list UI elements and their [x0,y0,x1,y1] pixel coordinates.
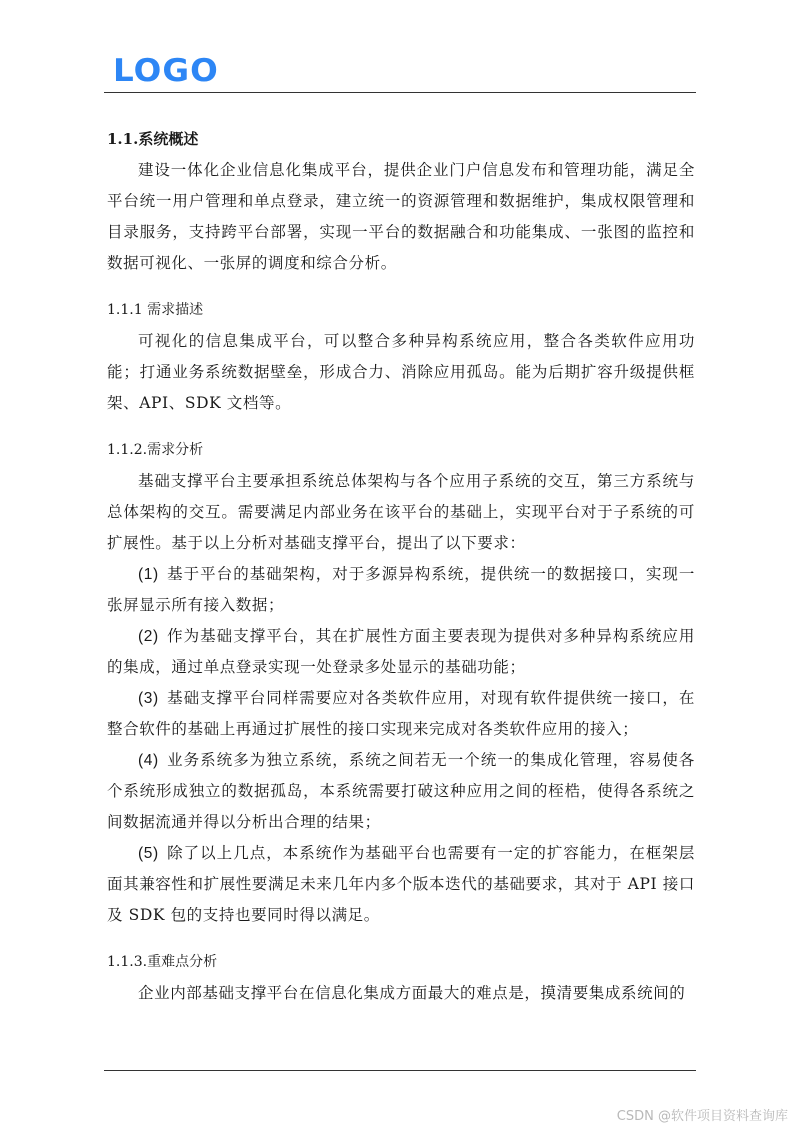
section-heading-requirements-analysis: 1.1.2.需求分析 [107,435,695,466]
paragraph-key-difficulties: 企业内部基础支撑平台在信息化集成方面最大的难点是，摸清要集成系统间的 [107,978,695,1009]
list-item: (3)基础支撑平台同样需要应对各类软件应用，对现有软件提供统一接口，在整合软件的… [107,683,695,745]
list-item-number: (1) [138,566,159,583]
footer-divider [104,1070,696,1071]
section-heading-overview: 1.1.系统概述 [107,124,695,155]
list-item-number: (3) [138,690,159,707]
header-divider [104,92,696,93]
paragraph-requirements-description: 可视化的信息集成平台，可以整合多种异构系统应用，整合各类软件应用功能；打通业务系… [107,326,695,419]
document-body: 1.1.系统概述 建设一体化企业信息化集成平台，提供企业门户信息发布和管理功能，… [107,124,695,1009]
list-item-number: (2) [138,628,159,645]
paragraph-requirements-analysis: 基础支撑平台主要承担系统总体架构与各个应用子系统的交互，第三方系统与总体架构的交… [107,466,695,559]
paragraph-overview: 建设一体化企业信息化集成平台，提供企业门户信息发布和管理功能，满足全平台统一用户… [107,155,695,279]
list-item-text: 除了以上几点，本系统作为基础平台也需要有一定的扩容能力，在框架层面其兼容性和扩展… [107,844,695,924]
list-item-text: 作为基础支撑平台，其在扩展性方面主要表现为提供对多种异构系统应用的集成，通过单点… [107,627,695,676]
section-heading-requirements-description: 1.1.1 需求描述 [107,295,695,326]
list-item: (5)除了以上几点，本系统作为基础平台也需要有一定的扩容能力，在框架层面其兼容性… [107,838,695,931]
list-item-number: (5) [138,845,159,862]
watermark: CSDN @软件项目资料查询库 [617,1105,788,1124]
list-item-text: 基础支撑平台同样需要应对各类软件应用，对现有软件提供统一接口，在整合软件的基础上… [107,689,695,738]
list-item-number: (4) [138,752,159,769]
list-item: (4)业务系统多为独立系统，系统之间若无一个统一的集成化管理，容易使各个系统形成… [107,745,695,838]
list-item: (1)基于平台的基础架构，对于多源异构系统，提供统一的数据接口，实现一张屏显示所… [107,559,695,621]
list-item: (2)作为基础支撑平台，其在扩展性方面主要表现为提供对多种异构系统应用的集成，通… [107,621,695,683]
list-item-text: 业务系统多为独立系统，系统之间若无一个统一的集成化管理，容易使各个系统形成独立的… [107,751,695,831]
list-item-text: 基于平台的基础架构，对于多源异构系统，提供统一的数据接口，实现一张屏显示所有接入… [107,565,695,614]
section-heading-key-difficulties: 1.1.3.重难点分析 [107,947,695,978]
logo: LOGO [113,55,219,87]
